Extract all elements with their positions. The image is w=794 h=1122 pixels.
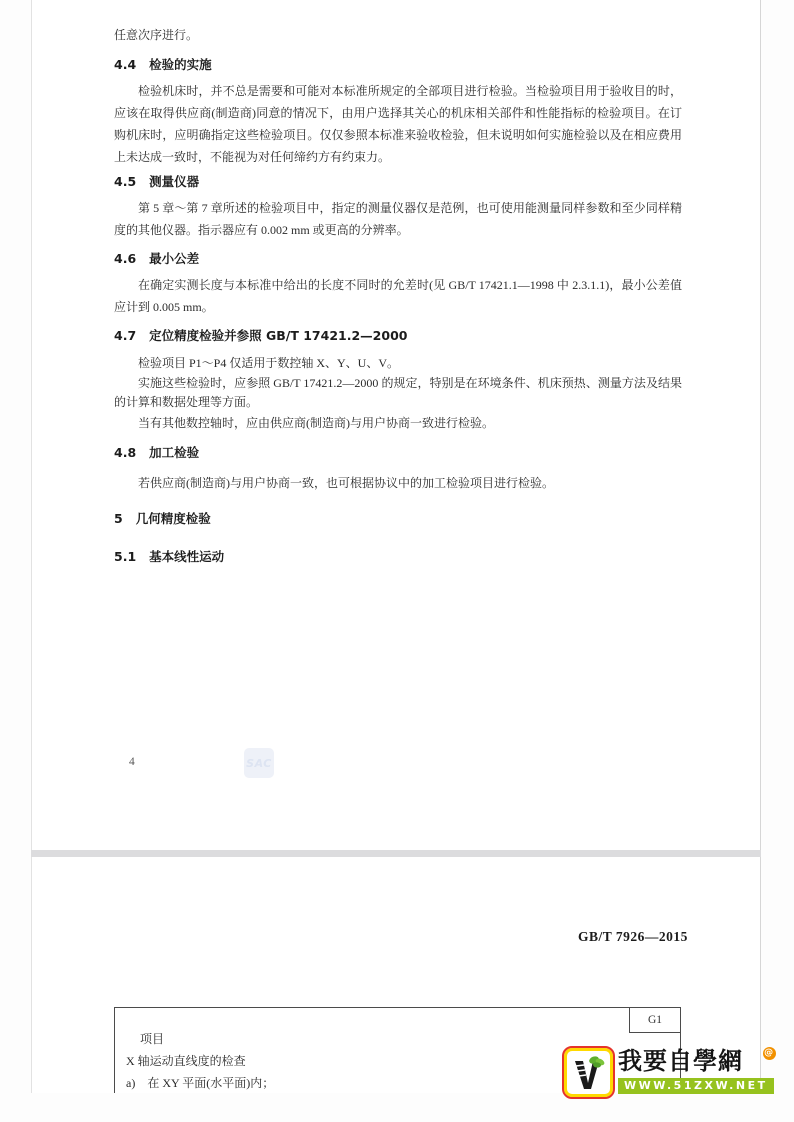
section-number: 4.7 [114, 328, 136, 343]
section-number: 4.5 [114, 174, 136, 189]
section-heading-4-6: 4.6 最小公差 [114, 249, 199, 267]
table-corner-label: G1 [629, 1008, 680, 1033]
section-heading-5: 5 几何精度检验 [114, 509, 211, 527]
section-title: 测量仪器 [149, 172, 199, 190]
section-heading-4-5: 4.5 测量仪器 [114, 172, 199, 190]
section-title: 几何精度检验 [136, 509, 211, 527]
table-row-check-sub-a: a) 在 XY 平面(水平面)内； [126, 1074, 274, 1091]
51zxw-watermark-logo: 我要自學網 @ www.51zxw.net [562, 1046, 760, 1102]
51zxw-logo-text-block: 我要自學網 @ www.51zxw.net [618, 1046, 774, 1094]
section-title: 检验的实施 [149, 55, 212, 73]
section-4-7-paragraph-1: 检验项目 P1～P4 仅适用于数控轴 X、Y、U、V。 [114, 352, 682, 374]
page-number: 4 [129, 756, 135, 768]
sac-watermark-icon: SAC [244, 748, 274, 778]
section-heading-5-1: 5.1 基本线性运动 [114, 547, 224, 565]
section-number: 4.6 [114, 251, 136, 266]
section-title: 加工检验 [149, 443, 199, 461]
section-title: 基本线性运动 [149, 547, 224, 565]
at-badge-icon: @ [763, 1047, 776, 1060]
section-4-6-paragraph: 在确定实测长度与本标准中给出的长度不同时的允差时(见 GB/T 17421.1—… [114, 274, 682, 318]
v-leaf-icon [569, 1053, 609, 1093]
continuation-line: 任意次序进行。 [114, 27, 198, 43]
table-row-item-label: 项目 [140, 1030, 164, 1047]
site-name: 我要自學網 @ [618, 1046, 774, 1076]
section-number: 4.4 [114, 57, 136, 72]
section-4-8-paragraph: 若供应商(制造商)与用户协商一致，也可根据协议中的加工检验项目进行检验。 [114, 472, 682, 494]
section-title: 定位精度检验并参照 GB/T 17421.2—2000 [149, 326, 407, 344]
section-heading-4-4: 4.4 检验的实施 [114, 55, 212, 73]
section-4-7-paragraph-2: 实施这些检验时，应参照 GB/T 17421.2—2000 的规定，特别是在环境… [114, 374, 682, 412]
section-heading-4-7: 4.7 定位精度检验并参照 GB/T 17421.2—2000 [114, 326, 407, 344]
section-4-5-paragraph: 第 5 章～第 7 章所述的检验项目中，指定的测量仪器仅是范例，也可使用能测量同… [114, 197, 682, 241]
51zxw-logo-icon [562, 1046, 615, 1099]
page-gap [31, 850, 761, 857]
section-title: 最小公差 [149, 249, 199, 267]
table-row-check-title: X 轴运动直线度的检查 [126, 1052, 246, 1069]
page-1: 任意次序进行。 4.4 检验的实施 检验机床时，并不总是需要和可能对本标准所规定… [31, 0, 761, 850]
section-heading-4-8: 4.8 加工检验 [114, 443, 199, 461]
section-number: 4.8 [114, 445, 136, 460]
section-4-4-paragraph: 检验机床时，并不总是需要和可能对本标准所规定的全部项目进行检验。当检验项目用于验… [114, 80, 682, 168]
section-number: 5 [114, 511, 123, 526]
section-4-7-paragraph-3: 当有其他数控轴时，应由供应商(制造商)与用户协商一致进行检验。 [114, 412, 682, 434]
standard-number-header: GB/T 7926—2015 [578, 929, 688, 945]
site-url: www.51zxw.net [618, 1078, 774, 1094]
section-number: 5.1 [114, 549, 136, 564]
document-viewer: 任意次序进行。 4.4 检验的实施 检验机床时，并不总是需要和可能对本标准所规定… [0, 0, 794, 1122]
site-name-text: 我要自學網 [618, 1047, 743, 1075]
